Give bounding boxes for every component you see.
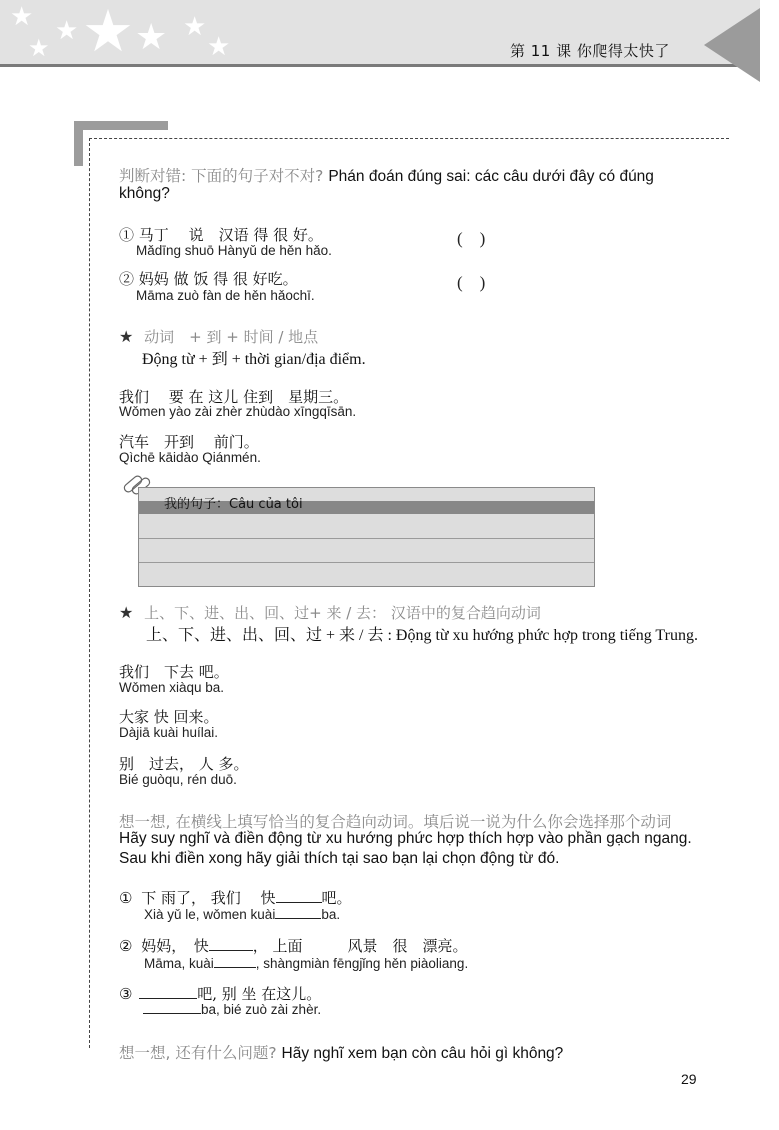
item-number: ①: [119, 889, 132, 907]
instruction-cn: 判断对错: 下面的句子对不对?: [119, 167, 323, 185]
closing-question: 想一想, 还有什么问题? Hãy nghĩ xem bạn còn câu hỏ…: [119, 1041, 563, 1063]
true-false-instruction: 判断对错: 下面的句子对不对? Phán đoán đúng sai: các …: [119, 164, 654, 186]
fill-blank[interactable]: [139, 985, 197, 999]
star-bullet-icon: ★: [119, 327, 133, 346]
writing-line: [139, 538, 594, 539]
tf-item-1-hanzi: ① 马丁 说 汉语 得 很 好。: [119, 224, 323, 245]
fill-item-3-pinyin: ba, bié zuò zài zhèr.: [143, 1002, 321, 1017]
example-3-pinyin: Wǒmen xiàqu ba.: [119, 680, 224, 695]
dashed-frame-left: [89, 138, 90, 1048]
fill-in-instruction-vi-2: Sau khi điền xong hãy giải thích tại sao…: [119, 850, 559, 868]
pattern-cn: 动词 + 到 + 时间 / 地点: [144, 328, 318, 346]
grammar-point-2-pattern-vi: 上、下、进、出、回、过 + 来 / 去 : Động từ xu hướng p…: [146, 622, 698, 645]
star-bullet-icon: ★: [119, 603, 133, 622]
star-icon: ★: [82, 2, 134, 60]
banner-triangle-decoration: [704, 8, 760, 82]
star-icon: ★: [207, 34, 230, 60]
item-number: ②: [119, 270, 134, 288]
star-icon: ★: [135, 20, 167, 56]
fill-in-instruction-vi-1: Hãy suy nghĩ và điền động từ xu hướng ph…: [119, 830, 692, 848]
fill-blank[interactable]: [276, 889, 322, 903]
fill-blank[interactable]: [214, 956, 256, 968]
grammar-point-2-pattern-cn: ★ 上、下、进、出、回、过+ 来 / 去： 汉语中的复合趋向动词: [119, 602, 541, 623]
item-number: ①: [119, 226, 134, 244]
fill-item-2-hanzi: ② 妈妈， 快， 上面 风景 很 漂亮。: [119, 935, 468, 956]
fill-item-1-pinyin: Xià yǔ le, wǒmen kuàiba.: [144, 907, 340, 922]
item-number: ③: [119, 985, 132, 1003]
example-2-hanzi: 汽车 开到 前门。: [119, 431, 259, 452]
example-3-hanzi: 我们 下去 吧。: [119, 661, 229, 682]
hanzi-text: 妈妈， 快: [141, 937, 209, 955]
answer-blank-1[interactable]: ( ): [457, 224, 485, 249]
page-number: 29: [681, 1071, 697, 1087]
dashed-frame-top: [89, 138, 729, 139]
closing-question-cn: 想一想, 还有什么问题?: [119, 1044, 277, 1062]
pinyin-text: Xià yǔ le, wǒmen kuài: [144, 907, 275, 922]
example-4-pinyin: Dàjiā kuài huílai.: [119, 725, 218, 740]
pinyin-text: , shàngmiàn fēngjǐng hěn piàoliang.: [256, 956, 468, 971]
example-5-hanzi: 别 过去， 人 多。: [119, 753, 249, 774]
fill-item-1-hanzi: ① 下 雨了， 我们 快吧。: [119, 887, 352, 908]
fill-blank[interactable]: [209, 937, 253, 951]
tf-item-2-pinyin: Māma zuò fàn de hěn hǎochī.: [136, 288, 315, 303]
hanzi-text: 吧, 别 坐 在这儿。: [197, 985, 321, 1003]
pattern-cn: 上、下、进、出、回、过+ 来 / 去： 汉语中的复合趋向动词: [144, 604, 541, 622]
frame-corner: [74, 121, 168, 130]
grammar-point-1-pattern-cn: ★ 动词 + 到 + 时间 / 地点: [119, 326, 318, 347]
lesson-title: 第 11 课 你爬得太快了: [510, 40, 670, 61]
grammar-point-1-pattern-vi: Động từ + 到 + thời gian/địa điểm.: [142, 346, 366, 369]
example-5-pinyin: Bié guòqu, rén duō.: [119, 772, 237, 787]
fill-blank[interactable]: [143, 1002, 201, 1014]
fill-blank[interactable]: [275, 907, 321, 919]
frame-corner: [74, 121, 83, 166]
fill-in-instruction-cn: 想一想, 在横线上填写恰当的复合趋向动词。填后说一说为什么你会选择那个动词: [119, 810, 671, 832]
star-icon: ★: [183, 14, 206, 40]
hanzi-text: 吧。: [322, 889, 352, 907]
tf-item-2-hanzi: ② 妈妈 做 饭 得 很 好吃。: [119, 268, 298, 289]
star-icon: ★: [28, 36, 50, 60]
instruction-vi: Phán đoán đúng sai: các câu dưới đây có …: [328, 168, 654, 185]
item-number: ②: [119, 937, 132, 955]
writing-line: [139, 562, 594, 563]
star-icon: ★: [55, 18, 78, 44]
answer-blank-2[interactable]: ( ): [457, 268, 485, 293]
pinyin-text: ba, bié zuò zài zhèr.: [201, 1002, 321, 1017]
banner-divider: [0, 64, 760, 67]
example-1-pinyin: Wǒmen yào zài zhèr zhùdào xīngqīsān.: [119, 404, 356, 419]
example-2-pinyin: Qìchē kāidào Qiánmén.: [119, 450, 261, 465]
example-4-hanzi: 大家 快 回来。: [119, 706, 219, 727]
instruction-vi-cont: không?: [119, 185, 170, 203]
header-banner: ★ ★ ★ ★ ★ ★ ★ 第 11 课 你爬得太快了: [0, 0, 760, 64]
pinyin-text: Māma, kuài: [144, 956, 214, 971]
tf-item-1-pinyin: Mǎdīng shuō Hànyǔ de hěn hǎo.: [136, 243, 332, 258]
fill-item-2-pinyin: Māma, kuài, shàngmiàn fēngjǐng hěn piàol…: [144, 956, 468, 971]
my-sentence-box[interactable]: 我的句子：Câu của tôi: [138, 487, 595, 587]
star-icon: ★: [10, 4, 33, 30]
pinyin-text: ba.: [321, 907, 340, 922]
hanzi-text: 马丁 说 汉语 得 很 好。: [139, 226, 323, 244]
closing-question-vi: Hãy nghĩ xem bạn còn câu hỏi gì không?: [282, 1045, 564, 1062]
hanzi-text: 妈妈 做 饭 得 很 好吃。: [139, 270, 298, 288]
fill-item-3-hanzi: ③ 吧, 别 坐 在这儿。: [119, 983, 321, 1004]
hanzi-text: 下 雨了， 我们 快: [141, 889, 275, 907]
my-sentence-label: 我的句子：Câu của tôi: [164, 493, 303, 512]
hanzi-text: ， 上面 风景 很 漂亮。: [253, 937, 468, 955]
